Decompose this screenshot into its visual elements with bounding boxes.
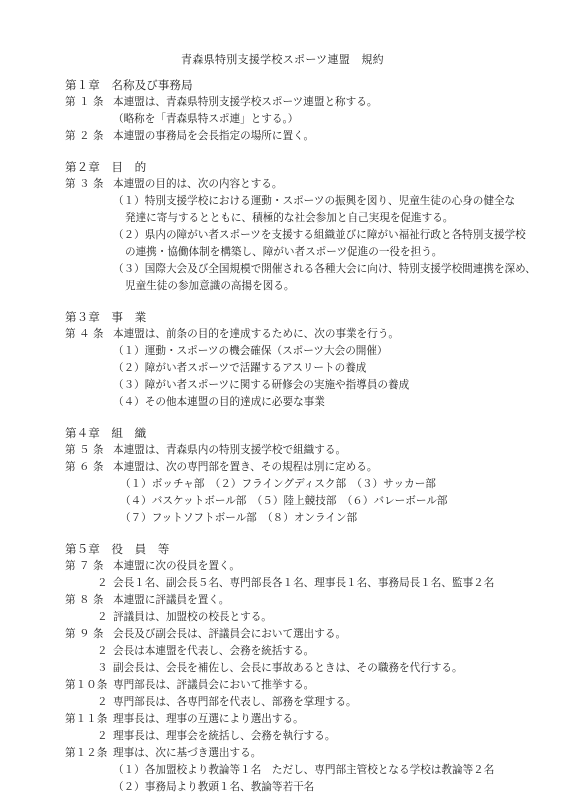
paragraph-line: ２会長１名、副会長５名、専門部長各１名、理事長１名、事務局長１名、監事２名 (97, 576, 494, 590)
article-number: 第 ９ 条 (65, 627, 113, 641)
line-text: 本連盟は、青森県特別支援学校スポーツ連盟と称する。 (113, 96, 377, 108)
paragraph-number: ２ (97, 610, 113, 624)
line-text: （略称を「青森県特スポ連」とする。） (113, 113, 298, 125)
line-text: 理事長は、理事の互選により選出する。 (113, 713, 304, 725)
line-text: 理事は、次に基づき選出する。 (113, 747, 261, 759)
article-line: 第 ４ 条本連盟は、前条の目的を達成するために、次の事業を行う。 (65, 327, 399, 341)
line-text: （２）県内の障がい者スポーツを支援する組織並びに障がい福祉行政と各特別支援学校 (113, 229, 526, 241)
paragraph-number: ２ (97, 576, 113, 590)
line-text: 発達に寄与するとともに、積極的な社会参加と自己実現を促進する。 (125, 212, 453, 224)
continuation-line: （略称を「青森県特スポ連」とする。） (113, 112, 298, 126)
paragraph-number: ２ (97, 644, 113, 658)
line-text: （４）その他本連盟の目的達成に必要な事業 (113, 396, 325, 408)
list-item: （４）バスケットボール部 （５）陸上競技部 （６）バレーボール部 (120, 494, 447, 508)
line-text: 副会長は、会長を補佐し、会長に事故あるときは、その職務を代行する。 (113, 662, 463, 674)
article-number: 第 ４ 条 (65, 327, 113, 341)
line-text: （１）特別支援学校における運動・スポーツの振興を図り、児童生徒の心身の健全な (113, 195, 515, 207)
line-text: 本連盟の事務局を会長指定の場所に置く。 (113, 130, 314, 142)
line-text: 第１章 名称及び事務局 (65, 78, 193, 92)
line-text: （４）バスケットボール部 （５）陸上競技部 （６）バレーボール部 (120, 495, 447, 507)
article-number: 第１０条 (65, 678, 113, 692)
line-text: 理事長は、理事会を統括し、会務を執行する。 (113, 730, 335, 742)
list-item: （１）特別支援学校における運動・スポーツの振興を図り、児童生徒の心身の健全な (113, 194, 515, 208)
list-item: （１）運動・スポーツの機会確保（スポーツ大会の開催） (113, 344, 388, 358)
paragraph-number: ２ (97, 695, 113, 709)
line-text: （３）障がい者スポーツに関する研修会の実施や指導員の養成 (113, 379, 409, 391)
article-line: 第１１条理事長は、理事の互選により選出する。 (65, 712, 304, 726)
list-item: （２）県内の障がい者スポーツを支援する組織並びに障がい福祉行政と各特別支援学校 (113, 228, 526, 242)
paragraph-line: ３副会長は、会長を補佐し、会長に事故あるときは、その職務を代行する。 (97, 661, 463, 675)
line-text: （１）各加盟校より教論等１名 ただし、専門部主管校となる学校は教論等２名 (113, 764, 494, 776)
article-line: 第１２条理事は、次に基づき選出する。 (65, 746, 261, 760)
line-text: （２）事務局より教頭１名、教論等若干名 (113, 781, 314, 793)
line-text: 本連盟は、前条の目的を達成するために、次の事業を行う。 (113, 328, 399, 340)
article-line: 第 １ 条本連盟は、青森県特別支援学校スポーツ連盟と称する。 (65, 95, 377, 109)
article-number: 第 ５ 条 (65, 443, 113, 457)
line-text: 第５章 役 員 等 (65, 542, 169, 556)
line-text: 第４章 組 織 (65, 426, 146, 440)
article-number: 第 ８ 条 (65, 593, 113, 607)
list-item: （４）その他本連盟の目的達成に必要な事業 (113, 395, 325, 409)
line-text: 児童生徒の参加意識の高揚を図る。 (125, 280, 295, 292)
line-text: の連携・協働体制を構築し、障がい者スポーツ促進の一役を担う。 (125, 246, 442, 258)
line-text: （３）国際大会及び全国規模で開催される各種大会に向け、特別支援学校間連携を深め、 (113, 263, 536, 275)
article-number: 第 ６ 条 (65, 460, 113, 474)
article-number: 第 ７ 条 (65, 559, 113, 573)
line-text: 専門部長は、評議員会において推挙する。 (113, 679, 314, 691)
line-text: （１）ボッチャ部 （２）フライングディスク部 （３）サッカー部 (120, 478, 436, 490)
list-item: （１）各加盟校より教論等１名 ただし、専門部主管校となる学校は教論等２名 (113, 763, 494, 777)
paragraph-number: ３ (97, 661, 113, 675)
line-text: 本連盟の目的は、次の内容とする。 (113, 178, 283, 190)
article-line: 第 ７ 条本連盟に次の役員を置く。 (65, 559, 240, 573)
paragraph-line: ２評議員は、加盟校の校長とする。 (97, 610, 272, 624)
line-text: 会長は本連盟を代表し、会務を統括する。 (113, 645, 314, 657)
continuation-line: の連携・協働体制を構築し、障がい者スポーツ促進の一役を担う。 (125, 245, 442, 259)
chapter-heading: 第４章 組 織 (65, 426, 146, 440)
line-text: 第３章 事 業 (65, 310, 146, 324)
document-title: 青森県特別支援学校スポーツ連盟 規約 (0, 51, 565, 67)
continuation-line: 発達に寄与するとともに、積極的な社会参加と自己実現を促進する。 (125, 211, 453, 225)
line-text: 本連盟に次の役員を置く。 (113, 560, 240, 572)
list-item: （３）障がい者スポーツに関する研修会の実施や指導員の養成 (113, 378, 409, 392)
article-line: 第１０条専門部長は、評議員会において推挙する。 (65, 678, 314, 692)
chapter-heading: 第３章 事 業 (65, 310, 146, 324)
list-item: （７）フットソフトボール部 （８）オンライン部 (120, 511, 357, 525)
list-item: （２）障がい者スポーツで活躍するアスリートの養成 (113, 361, 366, 375)
line-text: 第２章 目 的 (65, 160, 146, 174)
article-line: 第 ２ 条本連盟の事務局を会長指定の場所に置く。 (65, 129, 314, 143)
line-text: 専門部長は、各専門部を代表し、部務を掌理する。 (113, 696, 357, 708)
paragraph-line: ２専門部長は、各専門部を代表し、部務を掌理する。 (97, 695, 357, 709)
line-text: 本連盟に評議員を置く。 (113, 594, 229, 606)
list-item: （２）事務局より教頭１名、教論等若干名 (113, 780, 314, 794)
chapter-heading: 第２章 目 的 (65, 160, 146, 174)
article-line: 第 ８ 条本連盟に評議員を置く。 (65, 593, 229, 607)
article-number: 第 １ 条 (65, 95, 113, 109)
line-text: 会長及び副会長は、評議員会において選出する。 (113, 628, 346, 640)
list-item: （３）国際大会及び全国規模で開催される各種大会に向け、特別支援学校間連携を深め、 (113, 262, 536, 276)
line-text: （１）運動・スポーツの機会確保（スポーツ大会の開催） (113, 345, 388, 357)
article-number: 第１１条 (65, 712, 113, 726)
article-number: 第 ２ 条 (65, 129, 113, 143)
continuation-line: 児童生徒の参加意識の高揚を図る。 (125, 279, 295, 293)
article-line: 第 ３ 条本連盟の目的は、次の内容とする。 (65, 177, 283, 191)
line-text: （２）障がい者スポーツで活躍するアスリートの養成 (113, 362, 366, 374)
chapter-heading: 第１章 名称及び事務局 (65, 78, 193, 92)
article-number: 第 ３ 条 (65, 177, 113, 191)
paragraph-line: ２会長は本連盟を代表し、会務を統括する。 (97, 644, 314, 658)
article-line: 第 ５ 条本連盟は、青森県内の特別支援学校で組織する。 (65, 443, 346, 457)
article-line: 第 ６ 条本連盟は、次の専門部を置き、その規程は別に定める。 (65, 460, 377, 474)
line-text: 本連盟は、青森県内の特別支援学校で組織する。 (113, 444, 346, 456)
paragraph-number: ２ (97, 729, 113, 743)
line-text: （７）フットソフトボール部 （８）オンライン部 (120, 512, 357, 524)
line-text: 本連盟は、次の専門部を置き、その規程は別に定める。 (113, 461, 377, 473)
article-number: 第１２条 (65, 746, 113, 760)
line-text: 会長１名、副会長５名、専門部長各１名、理事長１名、事務局長１名、監事２名 (113, 577, 494, 589)
chapter-heading: 第５章 役 員 等 (65, 542, 169, 556)
document-page: 青森県特別支援学校スポーツ連盟 規約 第１章 名称及び事務局第 １ 条本連盟は、… (0, 0, 565, 800)
paragraph-line: ２理事長は、理事会を統括し、会務を執行する。 (97, 729, 335, 743)
list-item: （１）ボッチャ部 （２）フライングディスク部 （３）サッカー部 (120, 477, 436, 491)
article-line: 第 ９ 条会長及び副会長は、評議員会において選出する。 (65, 627, 346, 641)
line-text: 評議員は、加盟校の校長とする。 (113, 611, 272, 623)
